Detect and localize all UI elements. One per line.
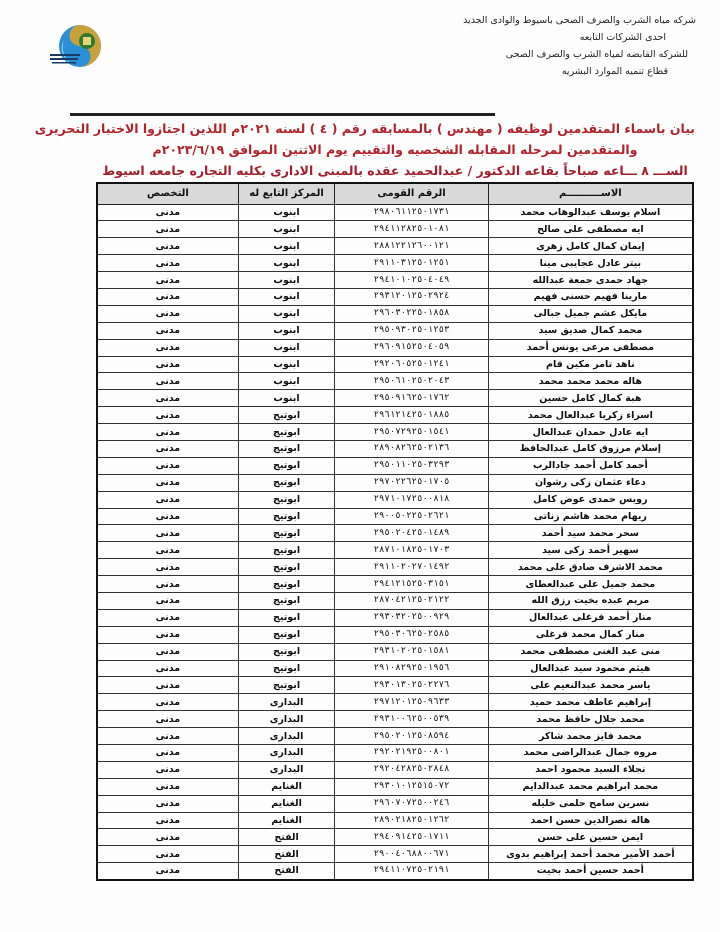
center-name: البدارى <box>238 728 335 745</box>
candidate-name: محمد فايز محمد شاكر <box>488 728 693 745</box>
center-name: ابنوب <box>238 373 335 390</box>
specialty: مدنى <box>97 322 238 339</box>
specialty: مدنى <box>97 846 238 863</box>
table-body: اسلام يوسف عبدالوهاب محمد٢٩٨٠٦١١٢٥٠١٧٣١ا… <box>97 204 693 880</box>
specialty: مدنى <box>97 643 238 660</box>
specialty: مدنى <box>97 508 238 525</box>
table-row: منار كمال محمد فرغلى٢٩٥٠٣٠٦٢٥٠٢٥٨٥ابوتيج… <box>97 626 693 643</box>
specialty: مدنى <box>97 694 238 711</box>
national-id: ٢٨٨١٢٢١٢٦٠٠١٢١ <box>335 238 488 255</box>
candidate-name: أحمد الأمير محمد أحمد إبراهيم بدوى <box>488 846 693 863</box>
specialty: مدنى <box>97 576 238 593</box>
national-id: ٢٩٨٠٦١١٢٥٠١٧٣١ <box>335 204 488 221</box>
table-row: اسراء زكريا عبدالعال محمد٢٩٦١٢١٤٢٥٠١٨٨٥ا… <box>97 407 693 424</box>
center-name: ابوتيج <box>238 457 335 474</box>
national-id: ٢٩٠٠٥٠٢٢٥٠٢٦٢١ <box>335 508 488 525</box>
national-id: ٢٩٤١١٠٧٢٥٠٢١٩١ <box>335 863 488 880</box>
center-name: البدارى <box>238 694 335 711</box>
center-name: الغنايم <box>238 812 335 829</box>
specialty: مدنى <box>97 559 238 576</box>
specialty: مدنى <box>97 373 238 390</box>
center-name: ابوتيج <box>238 525 335 542</box>
table-row: مارينا فهيم حسنى فهيم٢٩٣١٢٠١٢٥٠٢٩٢٤ابنوب… <box>97 288 693 305</box>
specialty: مدنى <box>97 390 238 407</box>
candidate-name: ناهد تامر مكين قام <box>488 356 693 373</box>
table-row: أحمد الأمير محمد أحمد إبراهيم بدوى٢٩٠٠٤٠… <box>97 846 693 863</box>
center-name: ابنوب <box>238 272 335 289</box>
table-row: محمد جلال حافظ محمد٢٩٣١٠٠٦٢٥٠٠٥٣٩البدارى… <box>97 711 693 728</box>
table-row: منار أحمد فرغلى عبدالعال٢٩٣٠٣٢٠٢٥٠٠٩٢٩اب… <box>97 609 693 626</box>
table-row: ايه مصطفى على صالح٢٩٤١١٢٨٢٥٠١٠٨١ابنوبمدن… <box>97 221 693 238</box>
table-row: أحمد حسين أحمد بخيت٢٩٤١١٠٧٢٥٠٢١٩١الفتحمد… <box>97 863 693 880</box>
national-id: ٢٩٤١٠١٠٢٥٠٤٠٤٩ <box>335 272 488 289</box>
table-row: دعاء عثمان زكى رشوان٢٩٧٠٢٢٦٢٥٠١٧٠٥ابوتيج… <box>97 474 693 491</box>
table-row: نسرين سامح حلمى خليله٢٩٦٠٧٠٧٢٥٠٠٢٤٦الغنا… <box>97 795 693 812</box>
table-row: محمد كمال صديق سيد٢٩٥٠٩٣٠٢٥٠١٢٥٣ابنوبمدن… <box>97 322 693 339</box>
candidate-name: مايكل عشم جميل جبالى <box>488 305 693 322</box>
table-row: سهير أحمد زكى سيد٢٨٧١٠١٨٢٥٠١٧٠٣ابوتيجمدن… <box>97 542 693 559</box>
specialty: مدنى <box>97 829 238 846</box>
candidate-name: محمد ابراهيم محمد عبدالدايم <box>488 778 693 795</box>
table-row: بيتر عادل عجايبى مينا٢٩١١٠٣١٢٥٠١٢٥١ابنوب… <box>97 255 693 272</box>
specialty: مدنى <box>97 863 238 880</box>
table-row: هاله محمد محمد محمد٢٩٥٠٦١٠٢٥٠٢٠٤٣ابنوبمد… <box>97 373 693 390</box>
table-row: اسلام يوسف عبدالوهاب محمد٢٩٨٠٦١١٢٥٠١٧٣١ا… <box>97 204 693 221</box>
table-row: إبراهيم عاطف محمد حميد٢٩٧١٢٠١٢٥٠٩٦٣٣البد… <box>97 694 693 711</box>
national-id: ٢٨٧١٠١٨٢٥٠١٧٠٣ <box>335 542 488 559</box>
title-line-3: الســـ ٨ ـــاعه صباحاً بقاعه الدكتور / ع… <box>95 160 695 181</box>
candidate-name: إبراهيم عاطف محمد حميد <box>488 694 693 711</box>
national-id: ٢٩٣٠١٣٠٢٥٠٢٢٧٦ <box>335 677 488 694</box>
company-logo-icon <box>42 24 106 74</box>
candidate-name: هاله محمد محمد محمد <box>488 373 693 390</box>
table-row: هبة كمال كامل حسين٢٩٥٠٩١٦٢٥٠١٧٦٢ابنوبمدن… <box>97 390 693 407</box>
center-name: ابنوب <box>238 322 335 339</box>
center-name: ابوتيج <box>238 508 335 525</box>
document-page: شركه مياه الشرب والصرف الصحى باسيوط والو… <box>0 0 720 932</box>
table-row: جهاد حمدى جمعة عبدالله٢٩٤١٠١٠٢٥٠٤٠٤٩ابنو… <box>97 272 693 289</box>
national-id: ٢٩٠٠٤٠٦٨٨٠٠٦٧١ <box>335 846 488 863</box>
table-row: ريهام محمد هاشم زناتى٢٩٠٠٥٠٢٢٥٠٢٦٢١ابوتي… <box>97 508 693 525</box>
specialty: مدنى <box>97 761 238 778</box>
center-name: ابوتيج <box>238 660 335 677</box>
org-line: قطاع تنميه الموارد البشريه <box>416 63 696 80</box>
org-line: احدى الشركات التابعه <box>416 29 696 46</box>
center-name: البدارى <box>238 745 335 762</box>
center-name: الغنايم <box>238 795 335 812</box>
specialty: مدنى <box>97 204 238 221</box>
center-name: ابوتيج <box>238 609 335 626</box>
national-id: ٢٩٦٠٧٠٧٢٥٠٠٢٤٦ <box>335 795 488 812</box>
candidate-name: رويس حمدى عوض كامل <box>488 491 693 508</box>
candidate-name: ياسر محمد عبدالنعيم على <box>488 677 693 694</box>
specialty: مدنى <box>97 221 238 238</box>
specialty: مدنى <box>97 491 238 508</box>
center-name: ابنوب <box>238 255 335 272</box>
specialty: مدنى <box>97 542 238 559</box>
national-id: ٢٩١١٠٢٠٢٧٠١٤٩٢ <box>335 559 488 576</box>
candidate-name: هبة كمال كامل حسين <box>488 390 693 407</box>
center-name: ابوتيج <box>238 407 335 424</box>
candidates-table: الاســــــــــم الرقم القومى المركز التا… <box>96 182 694 881</box>
table-row: نجلاء السيد محمود احمد٢٩٢٠٤٢٨٢٥٠٢٨٤٨البد… <box>97 761 693 778</box>
center-name: ابنوب <box>238 288 335 305</box>
table-row: مريم عبده بخيت رزق الله٢٨٧٠٤٢١٢٥٠٢١٢٢ابو… <box>97 592 693 609</box>
candidate-name: أحمد كامل أحمد جادالرب <box>488 457 693 474</box>
candidate-name: نسرين سامح حلمى خليله <box>488 795 693 812</box>
table-row: أحمد كامل أحمد جادالرب٢٩٥٠١١٠٢٥٠٣٢٩٣ابوت… <box>97 457 693 474</box>
table-row: رويس حمدى عوض كامل٢٩٧١٠١٧٢٥٠٠٨١٨ابوتيجمد… <box>97 491 693 508</box>
candidate-name: مارينا فهيم حسنى فهيم <box>488 288 693 305</box>
specialty: مدنى <box>97 609 238 626</box>
candidate-name: اسلام يوسف عبدالوهاب محمد <box>488 204 693 221</box>
specialty: مدنى <box>97 440 238 457</box>
table-row: إسلام مرزوق كامل عبدالحافظ٢٨٩٠٨٢٦٢٥٠٢١٣٦… <box>97 440 693 457</box>
candidate-name: ايمن حسين على حسن <box>488 829 693 846</box>
org-line: للشركه القابضه لمياه الشرب والصرف الصحى <box>416 46 696 63</box>
candidate-name: مروه جمال عبدالراضى محمد <box>488 745 693 762</box>
center-name: البدارى <box>238 761 335 778</box>
specialty: مدنى <box>97 525 238 542</box>
candidate-name: ريهام محمد هاشم زناتى <box>488 508 693 525</box>
title-line-1: بيان باسماء المتقدمين لوظيفه ( مهندس ) ب… <box>95 118 695 139</box>
specialty: مدنى <box>97 272 238 289</box>
national-id: ٢٩٥٠٢٠١٢٥٠٨٥٩٤ <box>335 728 488 745</box>
national-id: ٢٩٣١٢٠١٢٥٠٢٩٢٤ <box>335 288 488 305</box>
center-name: ابوتيج <box>238 542 335 559</box>
specialty: مدنى <box>97 677 238 694</box>
candidate-name: محمد كمال صديق سيد <box>488 322 693 339</box>
table-row: ايه عادل حمدان عبدالعال٢٩٥٠٧٢٩٢٥٠١٥٤١ابو… <box>97 424 693 441</box>
column-header-name: الاســــــــــم <box>488 183 693 204</box>
candidate-name: مصطفى مرعى يونس أحمد <box>488 339 693 356</box>
national-id: ٢٨٧٠٤٢١٢٥٠٢١٢٢ <box>335 592 488 609</box>
national-id: ٢٩٣١٠٠٦٢٥٠٠٥٣٩ <box>335 711 488 728</box>
specialty: مدنى <box>97 745 238 762</box>
specialty: مدنى <box>97 457 238 474</box>
table-row: مروه جمال عبدالراضى محمد٢٩٢٠٢١٩٢٥٠٠٨٠١ال… <box>97 745 693 762</box>
specialty: مدنى <box>97 356 238 373</box>
national-id: ٢٩٢٠٤٢٨٢٥٠٢٨٤٨ <box>335 761 488 778</box>
candidate-name: إسلام مرزوق كامل عبدالحافظ <box>488 440 693 457</box>
candidate-name: محمد الاشرف صادق على محمد <box>488 559 693 576</box>
specialty: مدنى <box>97 626 238 643</box>
national-id: ٢٩٤١٢١٥٢٥٠٣١٥١ <box>335 576 488 593</box>
center-name: ابوتيج <box>238 677 335 694</box>
center-name: الغنايم <box>238 778 335 795</box>
national-id: ٢٩٢٠٦٠٥٢٥٠١٢٤١ <box>335 356 488 373</box>
table-row: مصطفى مرعى يونس أحمد٢٩٦٠٩١٥٢٥٠٤٠٥٩ابنوبم… <box>97 339 693 356</box>
national-id: ٢٩١١٠٣١٢٥٠١٢٥١ <box>335 255 488 272</box>
table-row: منى عبد الغنى مصطفى محمد٢٩٣١٠٢٠٢٥٠١٥٨١اب… <box>97 643 693 660</box>
national-id: ٢٩٢٠٢١٩٢٥٠٠٨٠١ <box>335 745 488 762</box>
national-id: ٢٩٦٠٣٠٢٢٥٠١٨٥٨ <box>335 305 488 322</box>
candidate-name: دعاء عثمان زكى رشوان <box>488 474 693 491</box>
national-id: ٢٩٥٠٩٣٠٢٥٠١٢٥٣ <box>335 322 488 339</box>
table-row: محمد فايز محمد شاكر٢٩٥٠٢٠١٢٥٠٨٥٩٤البدارى… <box>97 728 693 745</box>
national-id: ٢٩٥٠٣٠٦٢٥٠٢٥٨٥ <box>335 626 488 643</box>
table-row: إيمان كمال كامل زهرى٢٨٨١٢٢١٢٦٠٠١٢١ابنوبم… <box>97 238 693 255</box>
national-id: ٢٩٧١٠١٧٢٥٠٠٨١٨ <box>335 491 488 508</box>
candidate-name: محمد جميل على عبدالعطاى <box>488 576 693 593</box>
national-id: ٢٩٥٠٢٠٤٢٥٠١٤٨٩ <box>335 525 488 542</box>
national-id: ٢٩٥٠٦١٠٢٥٠٢٠٤٣ <box>335 373 488 390</box>
specialty: مدنى <box>97 592 238 609</box>
table-row: محمد الاشرف صادق على محمد٢٩١١٠٢٠٢٧٠١٤٩٢ا… <box>97 559 693 576</box>
national-id: ٢٩٣٠٣٢٠٢٥٠٠٩٢٩ <box>335 609 488 626</box>
national-id: ٢٩٧٠٢٢٦٢٥٠١٧٠٥ <box>335 474 488 491</box>
candidate-name: بيتر عادل عجايبى مينا <box>488 255 693 272</box>
specialty: مدنى <box>97 474 238 491</box>
center-name: ابنوب <box>238 204 335 221</box>
org-line: شركه مياه الشرب والصرف الصحى باسيوط والو… <box>416 12 696 29</box>
specialty: مدنى <box>97 778 238 795</box>
table-row: محمد جميل على عبدالعطاى٢٩٤١٢١٥٢٥٠٣١٥١ابو… <box>97 576 693 593</box>
specialty: مدنى <box>97 711 238 728</box>
table-row: محمد ابراهيم محمد عبدالدايم٢٩٣٠١٠١٢٥١٥٠٧… <box>97 778 693 795</box>
candidate-name: محمد جلال حافظ محمد <box>488 711 693 728</box>
column-header-specialty: التخصص <box>97 183 238 204</box>
document-title: بيان باسماء المتقدمين لوظيفه ( مهندس ) ب… <box>95 118 695 181</box>
candidate-name: منار كمال محمد فرغلى <box>488 626 693 643</box>
table-row: مايكل عشم جميل جبالى٢٩٦٠٣٠٢٢٥٠١٨٥٨ابنوبم… <box>97 305 693 322</box>
candidate-name: اسراء زكريا عبدالعال محمد <box>488 407 693 424</box>
center-name: ابوتيج <box>238 474 335 491</box>
candidate-name: ايه عادل حمدان عبدالعال <box>488 424 693 441</box>
center-name: ابنوب <box>238 356 335 373</box>
national-id: ٢٩٦١٢١٤٢٥٠١٨٨٥ <box>335 407 488 424</box>
specialty: مدنى <box>97 728 238 745</box>
candidate-name: أحمد حسين أحمد بخيت <box>488 863 693 880</box>
candidate-name: هيثم محمود سيد عبدالعال <box>488 660 693 677</box>
center-name: ابنوب <box>238 221 335 238</box>
table-row: ياسر محمد عبدالنعيم على٢٩٣٠١٣٠٢٥٠٢٢٧٦ابو… <box>97 677 693 694</box>
center-name: الفتح <box>238 846 335 863</box>
national-id: ٢٩٥٠٧٢٩٢٥٠١٥٤١ <box>335 424 488 441</box>
center-name: ابنوب <box>238 390 335 407</box>
specialty: مدنى <box>97 288 238 305</box>
table-row: ايمن حسين على حسن٢٩٤٠٩١٤٢٥٠١٧١١الفتحمدنى <box>97 829 693 846</box>
specialty: مدنى <box>97 812 238 829</box>
table-header-row: الاســــــــــم الرقم القومى المركز التا… <box>97 183 693 204</box>
title-line-2: والمتقدمين لمرحله المقابله الشخصيه والتق… <box>95 139 695 160</box>
center-name: ابوتيج <box>238 576 335 593</box>
table-row: هيثم محمود سيد عبدالعال٢٩١٠٨٢٩٢٥٠١٩٥٦ابو… <box>97 660 693 677</box>
center-name: ابوتيج <box>238 491 335 508</box>
specialty: مدنى <box>97 424 238 441</box>
specialty: مدنى <box>97 255 238 272</box>
center-name: ابوتيج <box>238 643 335 660</box>
national-id: ٢٩٥٠٩١٦٢٥٠١٧٦٢ <box>335 390 488 407</box>
candidate-name: جهاد حمدى جمعة عبدالله <box>488 272 693 289</box>
center-name: ابوتيج <box>238 559 335 576</box>
center-name: الفتح <box>238 863 335 880</box>
national-id: ٢٨٩٠٨٢٦٢٥٠٢١٣٦ <box>335 440 488 457</box>
specialty: مدنى <box>97 795 238 812</box>
candidate-name: سحر محمد سيد أحمد <box>488 525 693 542</box>
candidate-name: نجلاء السيد محمود احمد <box>488 761 693 778</box>
candidate-name: ايه مصطفى على صالح <box>488 221 693 238</box>
national-id: ٢٨٩٠٢١٨٢٥٠١٢٦٢ <box>335 812 488 829</box>
national-id: ٢٩٥٠١١٠٢٥٠٣٢٩٣ <box>335 457 488 474</box>
specialty: مدنى <box>97 305 238 322</box>
national-id: ٢٩٧١٢٠١٢٥٠٩٦٣٣ <box>335 694 488 711</box>
national-id: ٢٩٣١٠٢٠٢٥٠١٥٨١ <box>335 643 488 660</box>
table-row: هاله نصرالدين حسن احمد٢٨٩٠٢١٨٢٥٠١٢٦٢الغن… <box>97 812 693 829</box>
table-row: سحر محمد سيد أحمد٢٩٥٠٢٠٤٢٥٠١٤٨٩ابوتيجمدن… <box>97 525 693 542</box>
candidate-name: منار أحمد فرغلى عبدالعال <box>488 609 693 626</box>
organization-header: شركه مياه الشرب والصرف الصحى باسيوط والو… <box>416 12 696 80</box>
candidate-name: هاله نصرالدين حسن احمد <box>488 812 693 829</box>
table-row: ناهد تامر مكين قام٢٩٢٠٦٠٥٢٥٠١٢٤١ابنوبمدن… <box>97 356 693 373</box>
column-header-national-id: الرقم القومى <box>335 183 488 204</box>
candidate-name: سهير أحمد زكى سيد <box>488 542 693 559</box>
center-name: ابوتيج <box>238 626 335 643</box>
center-name: ابوتيج <box>238 592 335 609</box>
national-id: ٢٩٤٠٩١٤٢٥٠١٧١١ <box>335 829 488 846</box>
national-id: ٢٩٣٠١٠١٢٥١٥٠٧٢ <box>335 778 488 795</box>
candidate-name: منى عبد الغنى مصطفى محمد <box>488 643 693 660</box>
column-header-center: المركز التابع له <box>238 183 335 204</box>
specialty: مدنى <box>97 660 238 677</box>
candidate-name: إيمان كمال كامل زهرى <box>488 238 693 255</box>
center-name: ابوتيج <box>238 440 335 457</box>
national-id: ٢٩٤١١٢٨٢٥٠١٠٨١ <box>335 221 488 238</box>
specialty: مدنى <box>97 407 238 424</box>
national-id: ٢٩٦٠٩١٥٢٥٠٤٠٥٩ <box>335 339 488 356</box>
specialty: مدنى <box>97 339 238 356</box>
national-id: ٢٩١٠٨٢٩٢٥٠١٩٥٦ <box>335 660 488 677</box>
center-name: ابنوب <box>238 305 335 322</box>
center-name: ابنوب <box>238 339 335 356</box>
center-name: ابنوب <box>238 238 335 255</box>
candidate-name: مريم عبده بخيت رزق الله <box>488 592 693 609</box>
specialty: مدنى <box>97 238 238 255</box>
center-name: البدارى <box>238 711 335 728</box>
center-name: الفتح <box>238 829 335 846</box>
center-name: ابوتيج <box>238 424 335 441</box>
header-divider <box>70 113 495 116</box>
